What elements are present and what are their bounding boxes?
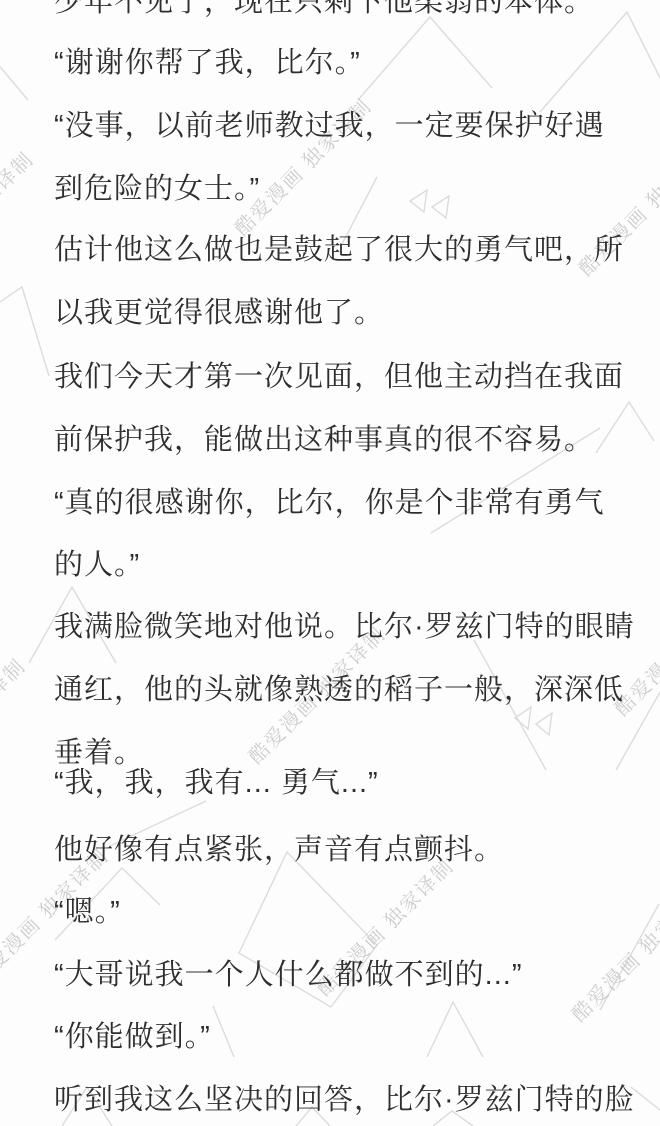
text-line-13: 垂着。 xyxy=(54,738,144,768)
text-line-18: “你能做到。” xyxy=(54,1022,211,1052)
text-line-17: “大哥说我一个人什么都做不到的...” xyxy=(54,960,523,990)
text-line-14: “我，我，我有... 勇气...” xyxy=(54,768,379,798)
text-line-4: 到危险的女士。” xyxy=(54,174,260,204)
text-line-1: 少年不见了，现在只剩下他柔弱的本体。 xyxy=(54,0,594,17)
novel-reader-page[interactable]: 酷爱漫画 独家译制 酷爱漫画 独家译制 酷爱漫画 独家译制 酷爱漫画 独家译制 … xyxy=(0,0,660,1126)
text-line-7: 我们今天才第一次见面，但他主动挡在我面 xyxy=(54,362,624,392)
text-line-6: 以我更觉得很感谢他了。 xyxy=(54,298,384,328)
text-line-16: “嗯。” xyxy=(54,897,121,927)
novel-text: 少年不见了，现在只剩下他柔弱的本体。 “谢谢你帮了我，比尔。” “没事，以前老师… xyxy=(0,0,660,1126)
text-line-9: “真的很感谢你，比尔，你是个非常有勇气 xyxy=(54,488,605,518)
text-line-10: 的人。” xyxy=(54,550,140,580)
text-line-8: 前保护我，能做出这种事真的很不容易。 xyxy=(54,425,594,455)
text-line-19: 听到我这么坚决的回答，比尔·罗兹门特的脸 xyxy=(54,1085,635,1115)
text-line-15: 他好像有点紧张，声音有点颤抖。 xyxy=(54,835,504,865)
text-line-11: 我满脸微笑地对他说。比尔·罗兹门特的眼睛 xyxy=(54,612,635,642)
text-line-12: 通红，他的头就像熟透的稻子一般，深深低 xyxy=(54,675,624,705)
text-line-2: “谢谢你帮了我，比尔。” xyxy=(54,48,361,78)
text-line-5: 估计他这么做也是鼓起了很大的勇气吧，所 xyxy=(54,235,624,265)
text-line-3: “没事，以前老师教过我，一定要保护好遇 xyxy=(54,111,605,141)
